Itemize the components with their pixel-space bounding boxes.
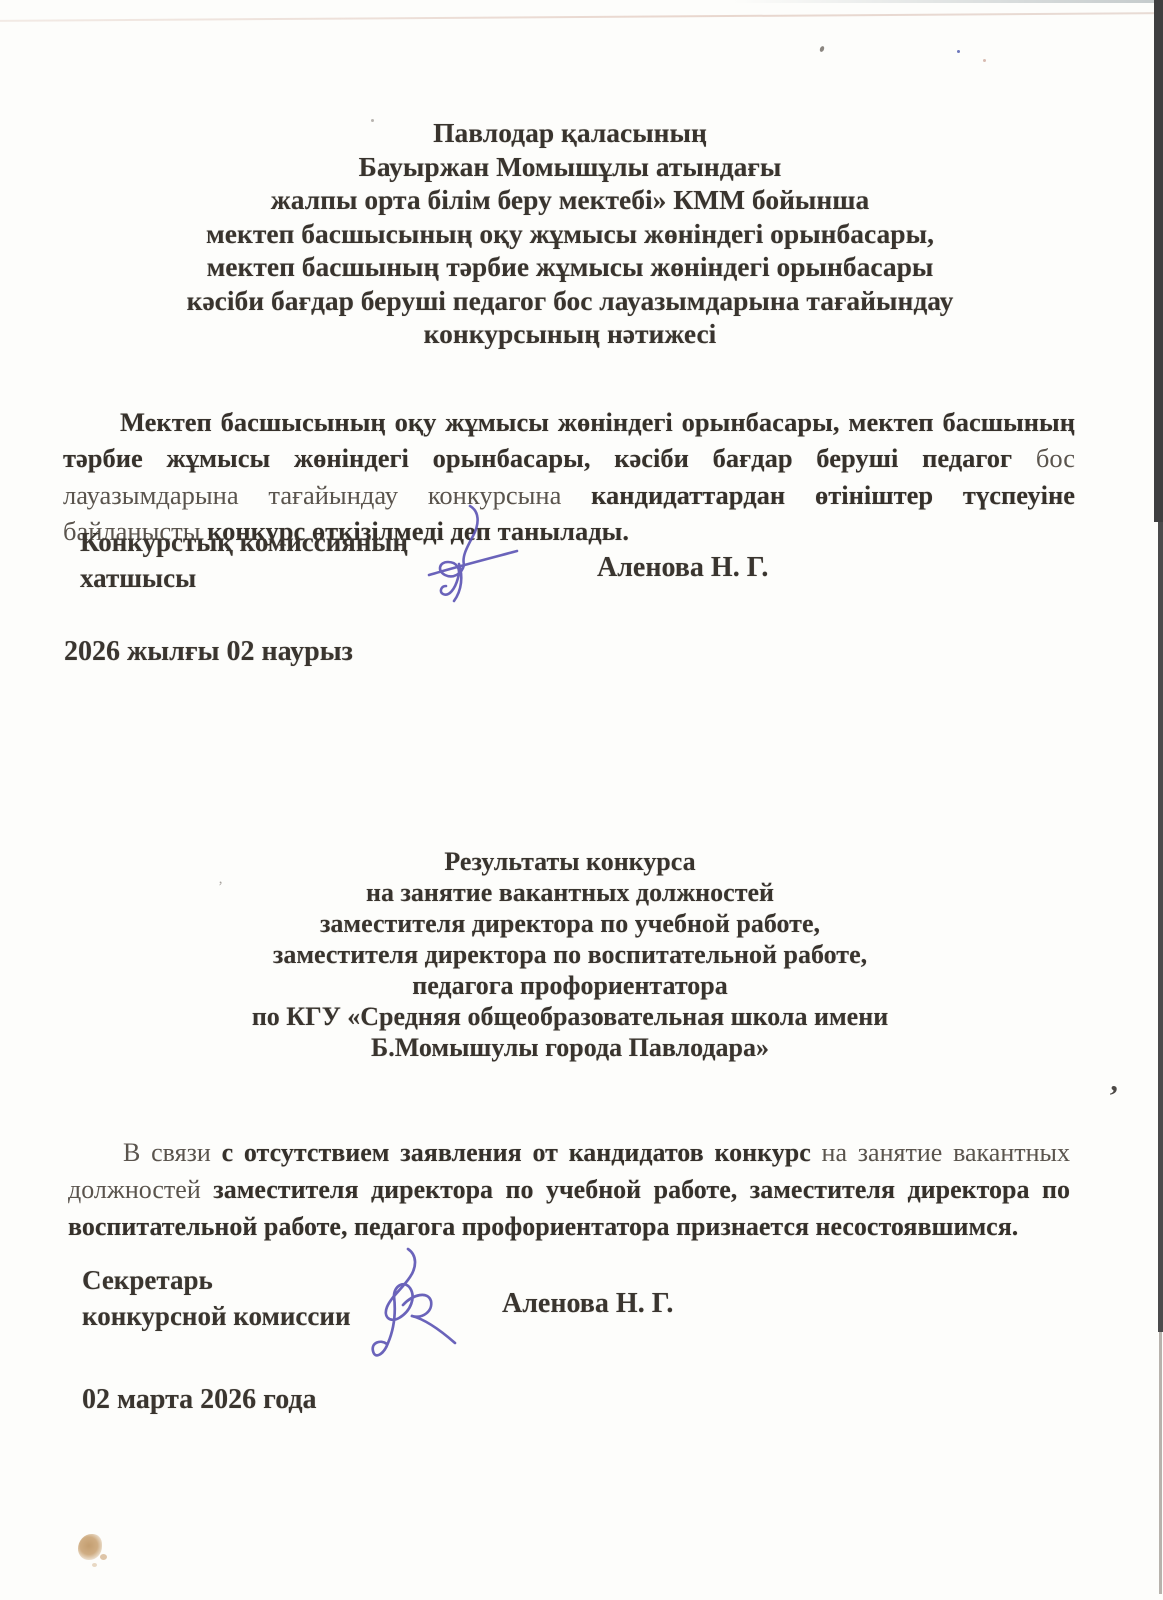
russian-signer-role-line: конкурсной комиссии — [82, 1298, 351, 1334]
scan-speck — [983, 59, 986, 62]
russian-title-line: Результаты конкурса — [60, 846, 1080, 877]
kazakh-title-line: мектеп басшының тәрбие жұмысы жөніндегі … — [60, 250, 1080, 284]
kazakh-signer-role-line: Конкурстық комиссияның — [80, 524, 408, 560]
russian-body-paragraph: В связи с отсутствием заявления от канди… — [68, 1134, 1070, 1245]
handwritten-signature-russian — [338, 1242, 460, 1374]
kazakh-title-line: жалпы орта білім беру мектебі» КММ бойын… — [60, 183, 1080, 217]
scan-right-edge-strip-lower — [1158, 522, 1163, 1332]
paper-stain-dot — [100, 1554, 107, 1560]
scan-fold-line — [0, 12, 1163, 22]
russian-title-line: по КГУ «Средняя общеобразовательная школ… — [60, 1001, 1080, 1032]
kazakh-title-line: Павлодар қаласының — [60, 116, 1080, 150]
kazakh-title-line: Бауыржан Момышұлы атындағы — [60, 150, 1080, 184]
scan-speck — [819, 45, 825, 52]
paper-stain — [78, 1534, 102, 1560]
scanned-document-page: ’ ’ Павлодар қаласының Бауыржан Момышұлы… — [0, 0, 1163, 1600]
russian-title-line: на занятие вакантных должностей — [60, 877, 1080, 908]
kazakh-title: Павлодар қаласының Бауыржан Момышұлы аты… — [60, 116, 1080, 351]
russian-signer-name: Аленова Н. Г. — [502, 1288, 673, 1320]
body-segment: В связи — [123, 1138, 222, 1167]
russian-title-line: заместителя директора по воспитательной … — [60, 939, 1080, 970]
kazakh-signer-role: Конкурстық комиссияның хатшысы — [80, 524, 408, 596]
scan-speck — [957, 50, 960, 53]
scan-top-edge-shadow — [733, 0, 1163, 3]
russian-title: Результаты конкурса на занятие вакантных… — [60, 846, 1080, 1063]
body-segment: заместителя директора по учебной работе,… — [68, 1175, 1070, 1241]
russian-title-line: Б.Момышулы города Павлодара» — [60, 1032, 1080, 1063]
paper-stain-dot — [92, 1563, 97, 1567]
kazakh-title-line: мектеп басшысының оқу жұмысы жөніндегі о… — [60, 217, 1080, 251]
body-segment: с отсутствием заявления от кандидатов ко… — [222, 1138, 811, 1167]
handwritten-signature-kazakh — [418, 498, 526, 606]
scan-right-edge-dark-strip — [1154, 0, 1163, 522]
russian-title-line: педагога профориентатора — [60, 970, 1080, 1001]
russian-title-line: заместителя директора по учебной работе, — [60, 908, 1080, 939]
russian-date: 02 марта 2026 года — [82, 1384, 317, 1416]
stray-ink-mark: ’ — [1106, 1082, 1119, 1113]
kazakh-title-line: конкурсының нәтижесі — [60, 317, 1080, 351]
kazakh-title-line: кәсіби бағдар беруші педагог бос лауазым… — [60, 284, 1080, 318]
kazakh-signer-name: Аленова Н. Г. — [597, 552, 768, 584]
body-segment: кандидаттардан өтініштер түспеуіне — [591, 480, 1075, 510]
kazakh-date: 2026 жылғы 02 наурыз — [64, 636, 353, 668]
body-segment: Мектеп басшысының оқу жұмысы жөніндегі о… — [63, 407, 1075, 474]
scan-right-edge-strip-faint — [1159, 1332, 1162, 1594]
russian-signer-role-line: Секретарь — [82, 1262, 351, 1298]
russian-signer-role: Секретарь конкурсной комиссии — [82, 1262, 351, 1334]
kazakh-signer-role-line: хатшысы — [80, 560, 408, 596]
